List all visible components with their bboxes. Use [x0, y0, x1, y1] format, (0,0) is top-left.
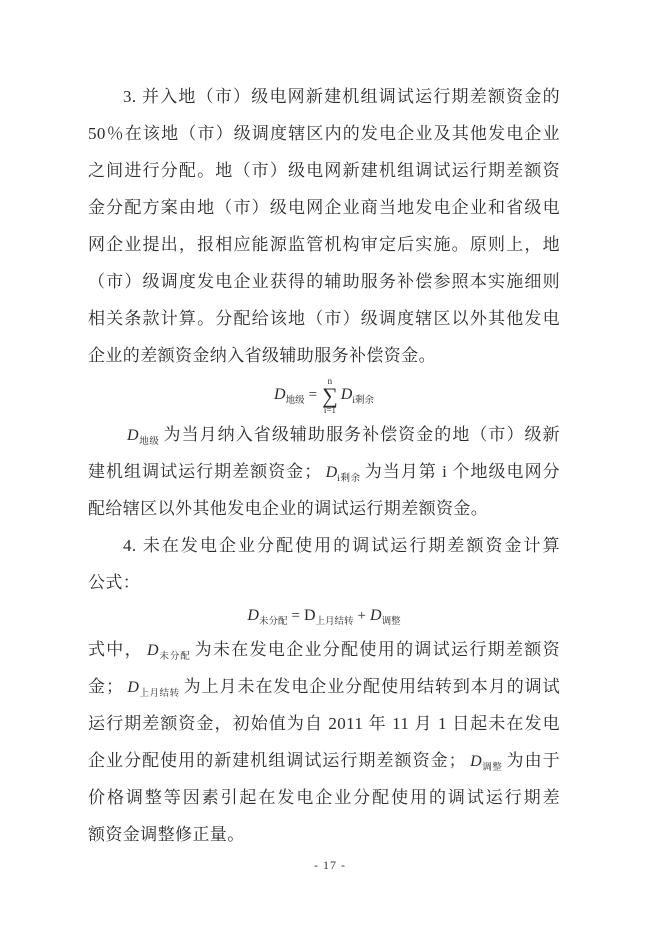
text-line: 金；D上月结转为上月未在发电企业分配使用结转到本月的调试	[88, 668, 560, 705]
page-number: - 17 -	[0, 858, 660, 873]
text-line: 之间进行分配。地（市）级电网新建机组调试运行期差额资	[88, 152, 560, 189]
text-run: 为未在发电企业分配使用的调试运行期差额资	[195, 640, 560, 659]
math-variable: D上月结转	[127, 677, 179, 696]
text-run: （市）级调度发电企业获得的辅助服务补偿参照本实施细则	[88, 272, 560, 291]
text-run: 额资金调整修正量。	[88, 825, 245, 844]
text-run: 为上月未在发电企业分配使用结转到本月的调试	[184, 677, 560, 696]
math-variable: D地级	[127, 425, 160, 444]
text-run: 价格调整等因素引起在发电企业分配使用的调试运行期差	[88, 788, 560, 807]
text-run: 式中，	[88, 640, 143, 659]
text-line: 额资金调整修正量。	[88, 816, 560, 853]
text-line: 价格调整等因素引起在发电企业分配使用的调试运行期差	[88, 779, 560, 816]
math-variable: D调整	[470, 751, 502, 770]
math-variable: D调整	[370, 607, 401, 625]
document-body: 3. 并入地（市）级电网新建机组调试运行期差额资金的50％在该地（市）级调度辖区…	[88, 78, 560, 853]
text-line: （市）级调度发电企业获得的辅助服务补偿参照本实施细则	[88, 263, 560, 300]
text-line: 配给辖区以外其他发电企业的调试运行期差额资金。	[88, 490, 560, 527]
text-run: 金；	[88, 677, 123, 696]
text-run: 网企业提出，报相应能源监管机构审定后实施。原则上，地	[88, 235, 560, 254]
text-run: 企业分配使用的新建机组调试运行期差额资金；	[88, 751, 466, 770]
math-variable: D上月结转	[304, 607, 354, 625]
math-operator: +	[358, 608, 366, 625]
text-line: 式中，D未分配为未在发电企业分配使用的调试运行期差额资	[88, 631, 560, 668]
text-line: 企业的差额资金纳入省级辅助服务补偿资金。	[88, 337, 560, 374]
text-line: 网企业提出，报相应能源监管机构审定后实施。原则上，地	[88, 226, 560, 263]
text-run: 企业的差额资金纳入省级辅助服务补偿资金。	[88, 346, 436, 365]
text-run: 相关条款计算。分配给该地（市）级调度辖区以外其他发电	[88, 309, 560, 328]
math-variable: Di剩余	[341, 386, 374, 404]
text-run: 50％在该地（市）级调度辖区内的发电企业及其他发电企业	[88, 124, 560, 143]
formula-unallocated-fund: D未分配=D上月结转+D调整	[88, 601, 560, 631]
text-run: 为当月纳入省级辅助服务补偿资金的地（市）级新	[164, 425, 560, 444]
text-run: 之间进行分配。地（市）级电网新建机组调试运行期差额资	[88, 161, 560, 180]
text-run: 4. 未在发电企业分配使用的调试运行期差额资金计算	[123, 536, 560, 555]
text-run: 运行期差额资金，初始值为自 2011 年 11 月 1 日起未在发电	[88, 714, 560, 733]
math-operator: =	[309, 387, 317, 404]
text-run: 3. 并入地（市）级电网新建机组调试运行期差额资金的	[123, 87, 560, 106]
text-line: 建机组调试运行期差额资金；Di剩余为当月第 i 个地级电网分	[88, 453, 560, 490]
text-line: 企业分配使用的新建机组调试运行期差额资金；D调整为由于	[88, 742, 560, 779]
math-operator: =	[291, 608, 299, 625]
text-line: 3. 并入地（市）级电网新建机组调试运行期差额资金的	[88, 78, 560, 115]
document-page: 3. 并入地（市）级电网新建机组调试运行期差额资金的50％在该地（市）级调度辖区…	[0, 0, 660, 933]
text-line: 金分配方案由地（市）级电网企业商当地发电企业和省级电	[88, 189, 560, 226]
text-run: 金分配方案由地（市）级电网企业商当地发电企业和省级电	[88, 198, 560, 217]
formula-district-surplus-fund: D地级=n∑i=1Di剩余	[88, 374, 560, 416]
summation-symbol: n∑i=1	[322, 377, 338, 416]
text-line: 4. 未在发电企业分配使用的调试运行期差额资金计算	[88, 527, 560, 564]
text-run: 为当月第 i 个地级电网分	[365, 462, 560, 481]
text-run: 为由于	[507, 751, 560, 770]
math-variable: D地级	[274, 386, 305, 404]
text-line: 运行期差额资金，初始值为自 2011 年 11 月 1 日起未在发电	[88, 705, 560, 742]
text-run: 配给辖区以外其他发电企业的调试运行期差额资金。	[88, 499, 488, 518]
math-variable: D未分配	[147, 640, 191, 659]
text-line: D地级为当月纳入省级辅助服务补偿资金的地（市）级新	[88, 416, 560, 453]
text-run: 公式：	[88, 573, 140, 592]
math-variable: Di剩余	[326, 462, 361, 481]
math-variable: D未分配	[247, 607, 287, 625]
text-run: 建机组调试运行期差额资金；	[88, 462, 322, 481]
text-line: 公式：	[88, 564, 560, 601]
text-line: 50％在该地（市）级调度辖区内的发电企业及其他发电企业	[88, 115, 560, 152]
text-line: 相关条款计算。分配给该地（市）级调度辖区以外其他发电	[88, 300, 560, 337]
